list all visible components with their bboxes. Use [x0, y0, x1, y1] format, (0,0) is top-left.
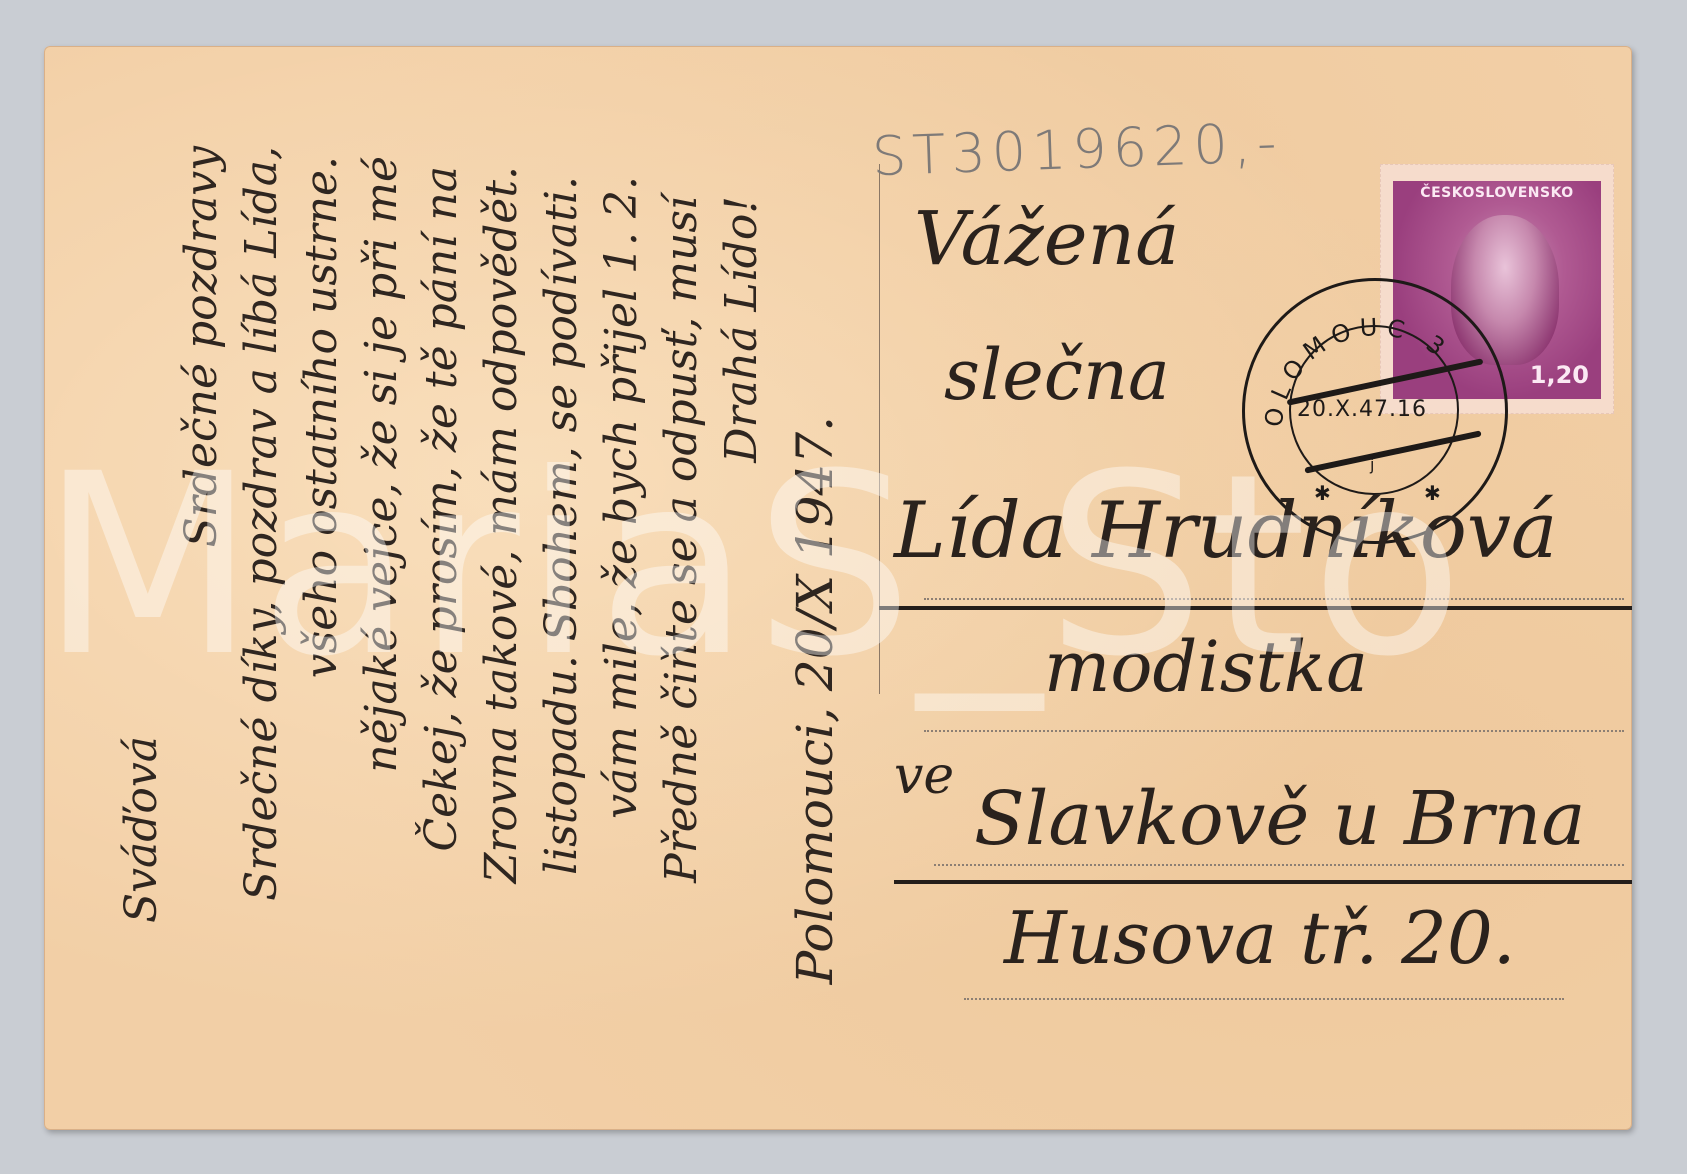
- stamp-country: ČESKOSLOVENSKO: [1393, 185, 1601, 201]
- stamp-value: 1,20: [1530, 361, 1589, 389]
- address-salutation-2: slečna: [944, 334, 1170, 416]
- handwritten-message: Polomouci, 20/X 1947. Drahá Lído! Předně…: [140, 136, 860, 1174]
- address-city: Slavkově u Brna: [974, 776, 1586, 862]
- message-line: Čekej, že prosím, že tě pání na: [420, 166, 464, 852]
- message-line: vám mile, že bych přijel 1. 2.: [600, 176, 644, 819]
- address-divider-line: [879, 164, 880, 694]
- message-line: Srdečné díky, pozdrav a líbá Lída,: [240, 146, 284, 901]
- address-dotted-line: [924, 730, 1624, 732]
- address-preposition: ve: [894, 746, 954, 806]
- address-dotted-line: [924, 598, 1624, 600]
- address-dotted-line: [964, 998, 1564, 1000]
- pencil-inventory-number: ST3019620,-: [871, 111, 1283, 188]
- address-occupation: modistka: [1044, 626, 1368, 708]
- postmark-date: 20.X.47.16: [1297, 397, 1427, 422]
- message-line: Drahá Lído!: [720, 196, 764, 463]
- message-line: Zrovna takové, mám odpovědět.: [480, 166, 524, 883]
- message-line: nějaké vejce, že si je při mé: [360, 156, 404, 773]
- address-street: Husova tř. 20.: [1004, 896, 1516, 980]
- message-line: všeho ostatního ustrne.: [300, 156, 344, 678]
- message-line: Předně čiňte se a odpusť, musí: [660, 196, 704, 883]
- message-line: Srdečné pozdravy: [180, 146, 224, 547]
- address-underline: [879, 606, 1632, 610]
- address-recipient-name: Lída Hrudníková: [894, 486, 1557, 576]
- postcard: ST3019620,- ČESKOSLOVENSKO 1,20 OLOMOUC …: [44, 46, 1632, 1130]
- message-line: listopadu. Sbohem, se podívati.: [540, 176, 584, 875]
- message-signature: Sváďová: [120, 736, 164, 923]
- address-underline: [894, 880, 1632, 884]
- address-dotted-line: [934, 864, 1624, 866]
- message-place-date: Polomouci, 20/X 1947.: [790, 416, 840, 984]
- address-salutation-1: Vážená: [914, 196, 1179, 282]
